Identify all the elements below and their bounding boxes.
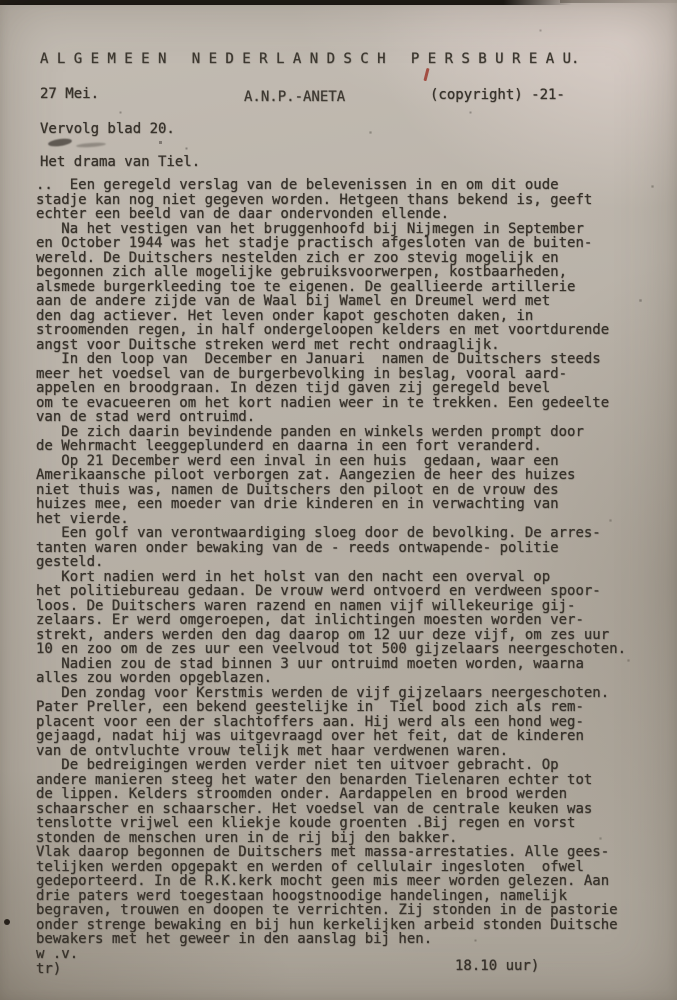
paper-specks xyxy=(0,0,1,1)
text-line: begraven, trouwen en doopen te verrichte… xyxy=(36,903,667,918)
text-line: drie paters werd toegestaan hoogstnoodig… xyxy=(36,889,667,904)
text-line: alles zou worden opgeblazen. xyxy=(36,671,667,686)
text-line: loos. De Duitschers waren razend en name… xyxy=(36,599,667,614)
text-line: Amerikaansche piloot verborgen zat. Aang… xyxy=(36,468,667,483)
text-line: wereld. De Duitschers nestelden zich er … xyxy=(36,251,667,266)
text-line: In den loop van December en Januari name… xyxy=(36,352,667,367)
text-line: bewakers met het geweer in den aanslag b… xyxy=(36,932,667,947)
text-line: Op 21 December werd een inval in een hui… xyxy=(36,454,667,469)
text-line: onder strenge bewaking en bij hun kerkel… xyxy=(36,918,667,933)
text-line: Na het vestigen van het bruggenhoofd bij… xyxy=(36,222,667,237)
bureau-title: A L G E M E E N N E D E R L A N D S C H … xyxy=(40,51,579,67)
text-line: De zich daarin bevindende panden en wink… xyxy=(36,425,667,440)
copyright-page-number: (copyright) -21- xyxy=(430,87,565,103)
text-line: .. Een geregeld verslag van de belevenis… xyxy=(36,178,667,193)
red-pen-mark xyxy=(423,68,429,81)
ink-dot xyxy=(4,919,10,925)
text-line: zelaars. Er werd omgeroepen, dat inlicht… xyxy=(36,613,667,628)
text-line: andere manieren steeg het water den bena… xyxy=(36,773,667,788)
text-line: angst voor Duitsche streken werd met rec… xyxy=(36,338,667,353)
text-line: het vierde. xyxy=(36,512,667,527)
text-line: echter een beeld van de daar ondervonden… xyxy=(36,207,667,222)
text-line: telijken werden opgepakt en werden of ce… xyxy=(36,860,667,875)
text-line: 10 en zoo om de zes uur een veelvoud tot… xyxy=(36,642,667,657)
text-line: den dag actiever. Het leven onder kapot … xyxy=(36,309,667,324)
ink-smudge-tail xyxy=(76,142,106,148)
text-line: stadje kan nog niet gegeven worden. Hetg… xyxy=(36,193,667,208)
text-line: van de ontvluchte vrouw telijk met haar … xyxy=(36,744,667,759)
text-line: appelen en broodgraan. In dezen tijd gav… xyxy=(36,381,667,396)
date-line: 27 Mei. xyxy=(40,86,99,102)
text-line: alsmede burgerkleeding toe te eigenen. D… xyxy=(36,280,667,295)
text-line: Vlak daarop begonnen de Duitschers met m… xyxy=(36,845,667,860)
article-title: Het drama van Tiel. xyxy=(40,154,200,170)
text-line: om te evacueeren om het kort nadien weer… xyxy=(36,396,667,411)
text-line: aan de andere zijde van de Waal bij Wame… xyxy=(36,294,667,309)
footer-signature: tr) xyxy=(36,961,61,977)
article-body: .. Een geregeld verslag van de belevenis… xyxy=(36,178,667,947)
text-line: van de stad werd ontruimd. xyxy=(36,410,667,425)
text-line: huizes mee, een moeder van drie kinderen… xyxy=(36,497,667,512)
agency-name: A.N.P.-ANETA xyxy=(244,89,345,105)
text-line: stroomenden regen, in half ondergeloopen… xyxy=(36,323,667,338)
text-line: stonden de menschen uren in de rij bij d… xyxy=(36,831,667,846)
text-line: gedeporteerd. In de R.K.kerk mocht geen … xyxy=(36,874,667,889)
continuation-line: Vervolg blad 20. xyxy=(40,121,175,137)
footer-initials: w .v. xyxy=(36,946,78,962)
text-line: De bedreigingen werden verder niet ten u… xyxy=(36,758,667,773)
scan-edge-top xyxy=(0,0,572,5)
text-line: meer het voedsel van de burgerbevolking … xyxy=(36,367,667,382)
text-line: tenslotte vrijwel een kliekje koude groe… xyxy=(36,816,667,831)
text-line: schaarscher en schaarscher. Het voedsel … xyxy=(36,802,667,817)
text-line: Nadien zou de stad binnen 3 uur ontruimd… xyxy=(36,657,667,672)
ink-smudge xyxy=(48,137,73,147)
footer-time: 18.10 uur) xyxy=(455,958,539,974)
text-line: niet thuis was, namen de Duitschers den … xyxy=(36,483,667,498)
text-line: Een golf van verontwaardiging sloeg door… xyxy=(36,526,667,541)
text-line: placent voor een der slachtoffers aan. H… xyxy=(36,715,667,730)
text-line: begonnen zich alle mogelijke gebruiksvoo… xyxy=(36,265,667,280)
text-line: strekt, anders werden den dag daarop om … xyxy=(36,628,667,643)
text-line: het politiebureau gedaan. De vrouw werd … xyxy=(36,584,667,599)
text-line: de lippen. Kelders stroomden onder. Aard… xyxy=(36,787,667,802)
text-line: gesteld. xyxy=(36,555,667,570)
text-line: de Wehrmacht leeggeplunderd en daarna in… xyxy=(36,439,667,454)
text-line: en October 1944 was het stadje practisch… xyxy=(36,236,667,251)
text-line: tanten waren onder bewaking van de - ree… xyxy=(36,541,667,556)
document-page: A L G E M E E N N E D E R L A N D S C H … xyxy=(0,0,677,1000)
scan-edge-top-faint xyxy=(560,0,677,3)
text-line: Den zondag voor Kerstmis werden de vijf … xyxy=(36,686,667,701)
text-line: Pater Preller, een bekend geestelijke in… xyxy=(36,700,667,715)
text-line: Kort nadien werd in het holst van den na… xyxy=(36,570,667,585)
text-line: gejaagd, nadat hij was uitgevraagd over … xyxy=(36,729,667,744)
